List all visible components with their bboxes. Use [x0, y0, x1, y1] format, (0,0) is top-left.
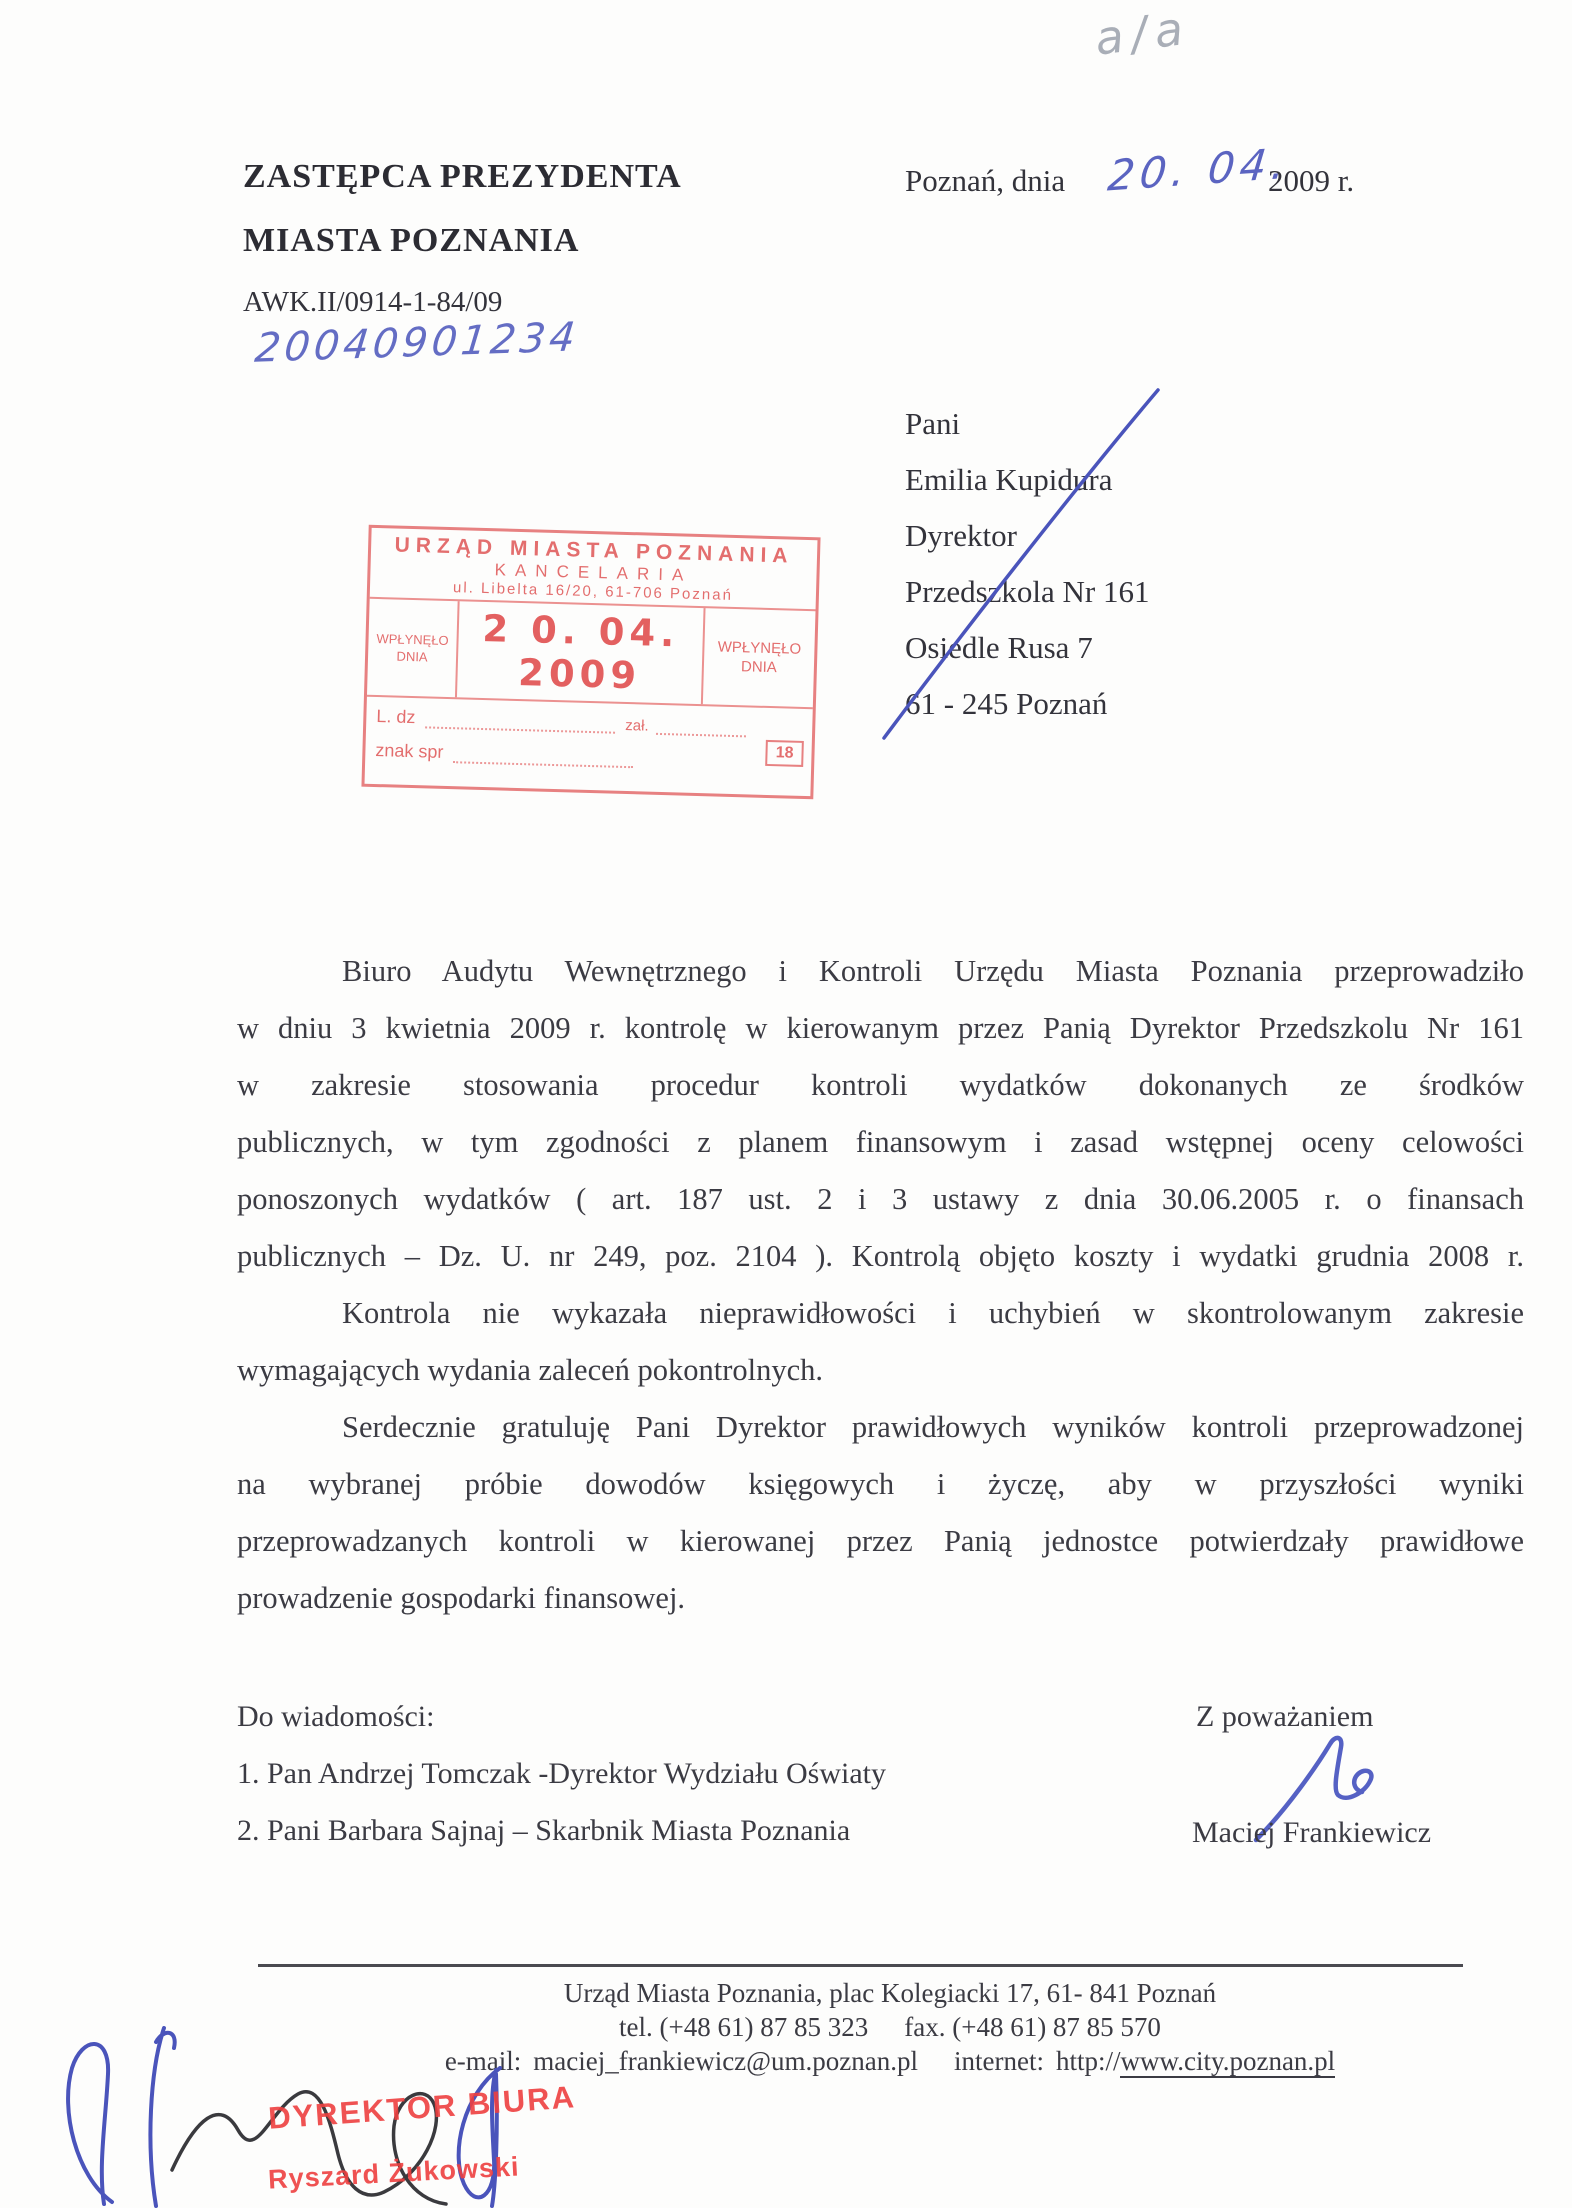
sender-title-line1: ZASTĘPCA PREZYDENTA	[243, 158, 682, 196]
closing-phrase: Z poważaniem	[1196, 1700, 1373, 1734]
body-line: ponoszonych wydatków ( art. 187 ust. 2 i…	[237, 1171, 1524, 1228]
body-line: publicznych, w tym zgodności z planem fi…	[237, 1114, 1524, 1171]
distribution-item-2: 2. Pani Barbara Sajnaj – Skarbnik Miasta…	[237, 1814, 850, 1848]
footer-rule	[258, 1964, 1463, 1967]
footer-url-scheme: http://	[1056, 2046, 1121, 2076]
footer-internet-label: internet:	[954, 2046, 1044, 2076]
sender-title-line2: MIASTA POZNANIA	[243, 222, 579, 260]
body-line: w dniu 3 kwietnia 2009 r. kontrolę w kie…	[237, 1000, 1524, 1057]
stamp-footer-fields: L. dz zał. znak spr 18	[365, 697, 813, 773]
footer-fax: fax. (+48 61) 87 85 570	[904, 2012, 1161, 2042]
signer-name: Maciej Frankiewicz	[1192, 1816, 1431, 1850]
stamp-received-label-left: WPŁYNĘŁO DNIA	[367, 599, 460, 697]
distribution-item-1: 1. Pan Andrzej Tomczak -Dyrektor Wydział…	[237, 1757, 886, 1791]
body-line: publicznych – Dz. U. nr 249, poz. 2104 )…	[237, 1228, 1524, 1285]
stamp-zal-label: zał.	[625, 717, 649, 735]
footer-email: maciej_frankiewicz@um.poznan.pl	[533, 2046, 918, 2076]
distribution-heading: Do wiadomości:	[237, 1700, 434, 1734]
pen-diagonal-stroke	[880, 386, 1162, 742]
stamp-znak-line	[453, 741, 634, 768]
body-line: Biuro Audytu Wewnętrznego i Kontroli Urz…	[237, 943, 1524, 1000]
stamp-header: URZĄD MIASTA POZNANIA KANCELARIA ul. Lib…	[370, 528, 818, 611]
body-line: na wybranej próbie dowodów księgowych i …	[237, 1456, 1524, 1513]
footer-address: Urząd Miasta Poznania, plac Kolegiacki 1…	[290, 1976, 1490, 2010]
reference-number: AWK.II/0914-1-84/09	[243, 286, 502, 319]
body-line: w zakresie stosowania procedur kontroli …	[237, 1057, 1524, 1114]
stamp-number-box: 18	[765, 740, 804, 767]
body-line: Kontrola nie wykazała nieprawidłowości i…	[237, 1285, 1524, 1342]
stamp-znak-label: znak spr	[375, 740, 444, 763]
body-line: wymagających wydania zaleceń pokontrolny…	[237, 1342, 1524, 1399]
body-line: przeprowadzanych kontroli w kierowanej p…	[237, 1513, 1524, 1570]
footer-phones: tel. (+48 61) 87 85 323fax. (+48 61) 87 …	[290, 2010, 1490, 2044]
body-line: prowadzenie gospodarki finansowej.	[237, 1570, 1524, 1627]
footer-website-link: www.city.poznan.pl	[1120, 2046, 1335, 2078]
stamp-ldz-line	[425, 706, 616, 733]
stamp-received-date: 2 0. 04. 2009	[457, 601, 704, 704]
scanned-letter-page: a/a ZASTĘPCA PREZYDENTA MIASTA POZNANIA …	[0, 0, 1572, 2208]
footer-tel: tel. (+48 61) 87 85 323	[619, 2012, 868, 2042]
body-line: Serdecznie gratuluję Pani Dyrektor prawi…	[237, 1399, 1524, 1456]
stamp-received-label-right: WPŁYNĘŁO DNIA	[701, 608, 816, 707]
stamp-ldz-label: L. dz	[376, 706, 416, 728]
kancelaria-stamp: URZĄD MIASTA POZNANIA KANCELARIA ul. Lib…	[361, 525, 820, 800]
stamp-zal-line	[656, 713, 747, 738]
pencil-corner-note: a/a	[1092, 0, 1194, 65]
handwritten-date: 20. 04.	[1106, 138, 1293, 200]
handwritten-registry-number: 20040901234	[253, 314, 582, 372]
date-year-suffix: 2009 r.	[1268, 163, 1354, 199]
place-date-prefix: Poznań, dnia	[905, 163, 1065, 199]
letter-body: Biuro Audytu Wewnętrznego i Kontroli Urz…	[237, 943, 1524, 1627]
